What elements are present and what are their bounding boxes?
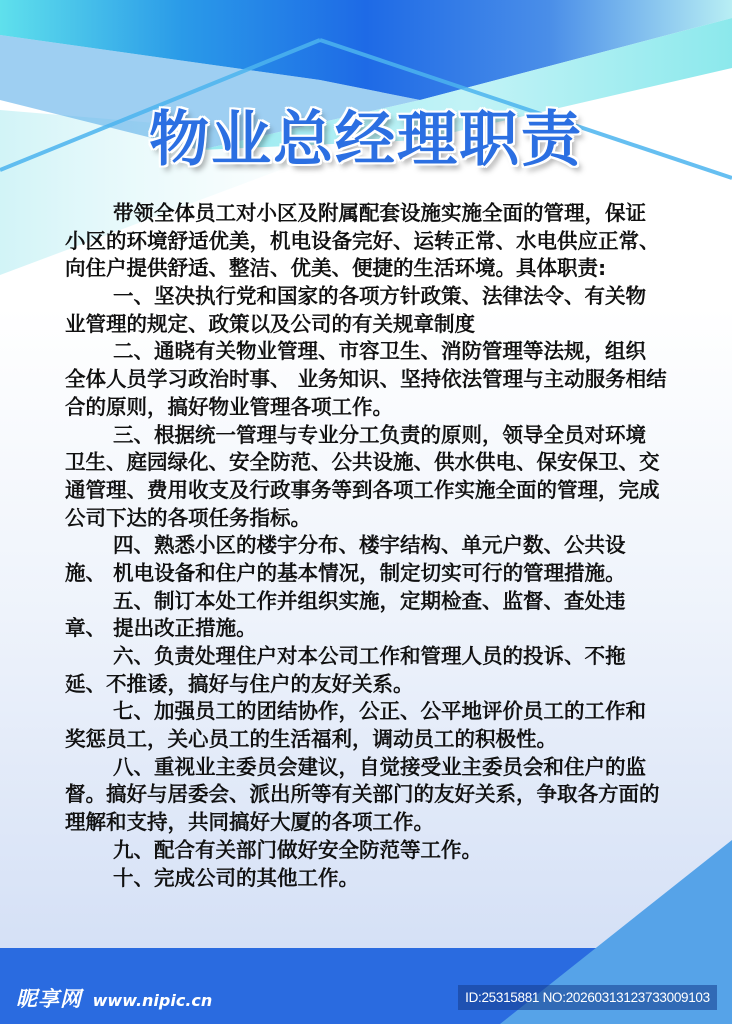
paragraph-line: 十、完成公司的其他工作。	[65, 865, 675, 893]
paragraph-line: 公司下达的各项任务指标。	[65, 505, 675, 533]
paragraph-line: 全体人员学习政治时事、 业务知识、坚持依法管理与主动服务相结	[65, 366, 675, 394]
paragraph-line: 奖惩员工，关心员工的生活福利，调动员工的积极性。	[65, 726, 675, 754]
paragraph-line: 一、坚决执行党和国家的各项方针政策、法律法令、有关物	[65, 283, 675, 311]
paragraph-line: 业管理的规定、政策以及公司的有关规章制度	[65, 311, 675, 339]
paragraph-line: 施、 机电设备和住户的基本情况，制定切实可行的管理措施。	[65, 560, 675, 588]
document-body: 带领全体员工对小区及附属配套设施实施全面的管理，保证 小区的环境舒适优美，机电设…	[65, 200, 675, 892]
paragraph-line: 三、根据统一管理与专业分工负责的原则，领导全员对环境	[65, 422, 675, 450]
paragraph-line: 六、负责处理住户对本公司工作和管理人员的投诉、不拖	[65, 643, 675, 671]
paragraph-line: 合的原则，搞好物业管理各项工作。	[65, 394, 675, 422]
image-id-label: ID:25315881 NO:20260313123733009103	[458, 985, 717, 1010]
paragraph-line: 卫生、庭园绿化、安全防范、公共设施、供水供电、保安保卫、交	[65, 449, 675, 477]
paragraph-line: 章、 提出改正措施。	[65, 615, 675, 643]
paragraph-line: 二、通晓有关物业管理、市容卫生、消防管理等法规，组织	[65, 338, 675, 366]
paragraph-line: 小区的环境舒适优美，机电设备完好、运转正常、水电供应正常、	[65, 228, 675, 256]
paragraph-line: 九、配合有关部门做好安全防范等工作。	[65, 837, 675, 865]
paragraph-line: 带领全体员工对小区及附属配套设施实施全面的管理，保证	[65, 200, 675, 228]
page-title: 物业总经理职责	[0, 100, 732, 180]
paragraph-line: 向住户提供舒适、整洁、优美、便捷的生活环境。具体职责:	[65, 255, 675, 283]
paragraph-line: 八、重视业主委员会建议，自觉接受业主委员会和住户的监	[65, 754, 675, 782]
watermark-logo: 昵享网 www.nipic.cn	[16, 983, 212, 1013]
logo-text: 昵享网	[16, 987, 82, 1011]
paragraph-line: 通管理、费用收支及行政事务等到各项工作实施全面的管理，完成	[65, 477, 675, 505]
paragraph-line: 四、熟悉小区的楼宇分布、楼宇结构、单元户数、公共设	[65, 532, 675, 560]
paragraph-line: 督。搞好与居委会、派出所等有关部门的友好关系，争取各方面的	[65, 781, 675, 809]
paragraph-line: 理解和支持，共同搞好大厦的各项工作。	[65, 809, 675, 837]
logo-url: www.nipic.cn	[93, 991, 213, 1010]
paragraph-line: 五、制订本处工作并组织实施，定期检查、监督、查处违	[65, 588, 675, 616]
paragraph-line: 七、加强员工的团结协作，公正、公平地评价员工的工作和	[65, 698, 675, 726]
paragraph-line: 延、不推诿，搞好与住户的友好关系。	[65, 671, 675, 699]
